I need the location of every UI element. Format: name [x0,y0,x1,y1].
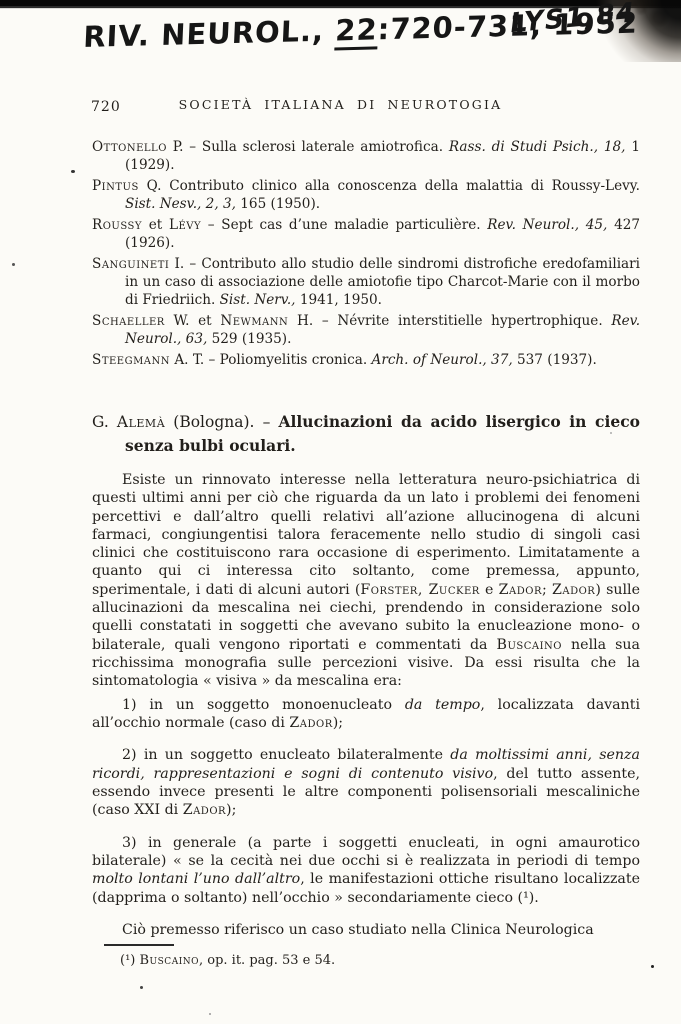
scan-speck [71,170,75,173]
reference-entry-roussy-levy: Roussy et Lévy – Sept cas d’une maladie … [92,216,640,252]
reference-entry-ottonello: Ottonello P. – Sulla sclerosi laterale a… [92,138,640,174]
scan-speck [610,432,612,434]
article-body: Esiste un rinnovato interesse nella lett… [92,471,640,954]
scan-speck [12,263,15,266]
numbered-item-1: 1) in un soggetto monoenucleato da tempo… [92,696,640,733]
footnote-rule [104,944,174,946]
reference-entry-sanguineti: Sanguineti I. – Contributo allo studio d… [92,255,640,309]
running-header: SOCIETÀ ITALIANA DI NEUROTOGIA 720 [0,97,681,117]
reference-entry-steegmann: Steegmann A. T. – Poliomyelitis cronica.… [92,351,640,369]
body-paragraph-intro: Esiste un rinnovato interesse nella lett… [92,471,640,691]
scan-speck [651,965,654,968]
page-number: 720 [91,99,121,115]
footnote-text: (¹) Buscaino, op. it. pag. 53 e 54. [92,952,640,969]
scan-speck [209,1013,211,1015]
numbered-item-2: 2) in un soggetto enucleato bilateralmen… [92,746,640,819]
article-heading: G. Alemà (Bologna). – Allucinazioni da a… [92,410,640,458]
reference-entry-schaeller-newmann: Schaeller W. et Newmann H. – Névrite int… [92,312,640,348]
references-section: Ottonello P. – Sulla sclerosi laterale a… [92,138,640,372]
reference-entry-pintus: Pintus Q. Contributo clinico alla conosc… [92,177,640,213]
scanned-journal-page: RIV. NEUROL., 22:720-731, 1952 LYS1,84 S… [0,0,681,1024]
scan-speck [140,986,143,989]
numbered-item-3: 3) in generale (a parte i soggetti enucl… [92,834,640,907]
closing-paragraph: Ciò premesso riferisco un caso studiato … [92,921,640,939]
